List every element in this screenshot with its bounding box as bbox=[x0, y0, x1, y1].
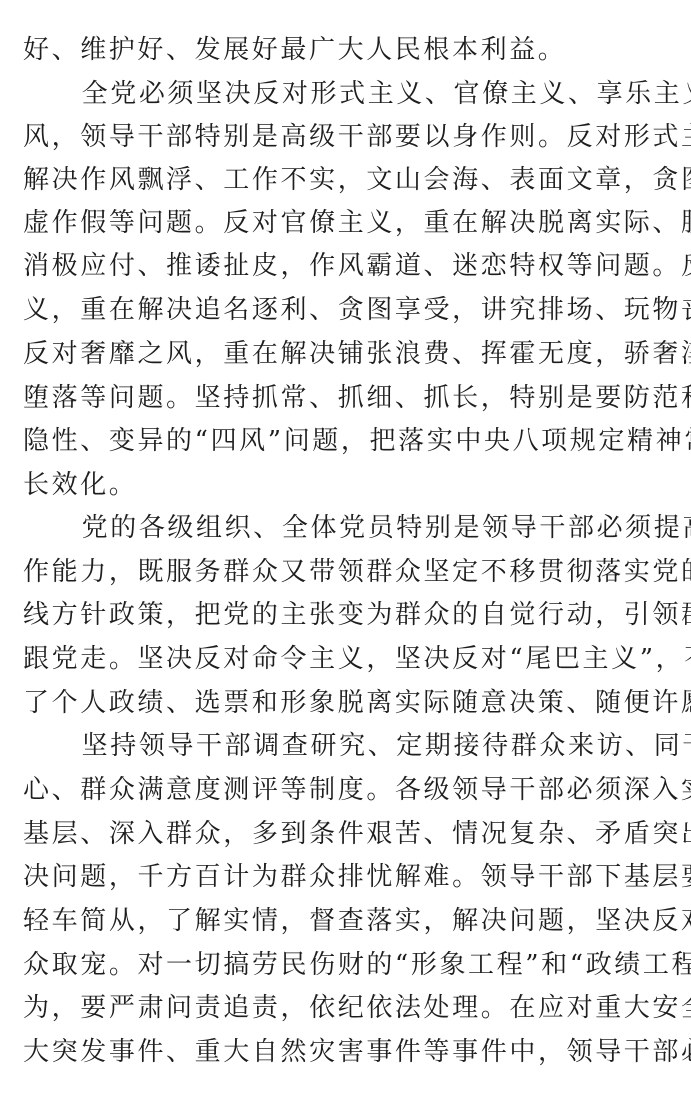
paragraph-first-line: 坚持领导干部调查研究、定期接待群众来访、同干部群众谈 bbox=[82, 730, 668, 762]
text-line: 虚作假等问题。反对官僚主义，重在解决脱离实际、脱离群众， bbox=[23, 207, 668, 239]
text-line: 为，要严肃问责追责，依纪依法处理。在应对重大安全事件、重 bbox=[23, 992, 668, 1024]
text-line: 解决作风飘浮、工作不实，文山会海、表面文章，贪图虚名、弄 bbox=[23, 164, 668, 196]
text-line: 好、维护好、发展好最广大人民根本利益。 bbox=[23, 34, 668, 66]
text-line: 线方针政策，把党的主张变为群众的自觉行动，引领群众听党话、 bbox=[23, 599, 668, 631]
document-page: 好、维护好、发展好最广大人民根本利益。全党必须坚决反对形式主义、官僚主义、享乐主… bbox=[0, 0, 691, 1096]
text-line: 长效化。 bbox=[23, 469, 668, 501]
text-line: 众取宠。对一切搞劳民伤财的“形象工程”和“政绩工程”的行 bbox=[23, 949, 668, 981]
text-line: 轻车简从，了解实情，督查落实，解决问题，坚决反对作秀、哗 bbox=[23, 905, 668, 937]
text-line: 反对奢靡之风，重在解决铺张浪费、挥霍无度，骄奢淫逸、腐化 bbox=[23, 338, 668, 370]
text-line: 决问题，千方百计为群众排忧解难。领导干部下基层要接地气， bbox=[23, 861, 668, 893]
text-line: 风，领导干部特别是高级干部要以身作则。反对形式主义，重在 bbox=[23, 121, 668, 153]
text-line: 堕落等问题。坚持抓常、抓细、抓长，特别是要防范和查处各种 bbox=[23, 382, 668, 414]
paragraph-first-line: 全党必须坚决反对形式主义、官僚主义、享乐主义和奢靡之 bbox=[82, 78, 668, 110]
text-line: 隐性、变异的“四风”问题，把落实中央八项规定精神常态化、 bbox=[23, 425, 668, 457]
text-line: 基层、深入群众，多到条件艰苦、情况复杂、矛盾突出的地方解 bbox=[23, 818, 668, 850]
text-line: 心、群众满意度测评等制度。各级领导干部必须深入实际、深入 bbox=[23, 774, 668, 806]
text-line: 跟党走。坚决反对命令主义，坚决反对“尾巴主义”，不允许为 bbox=[23, 643, 668, 675]
text-line: 消极应付、推诿扯皮，作风霸道、迷恋特权等问题。反对享乐主 bbox=[23, 250, 668, 282]
text-line: 大突发事件、重大自然灾害事件等事件中，领导干部必须深入一 bbox=[23, 1036, 668, 1068]
text-line: 作能力，既服务群众又带领群众坚定不移贯彻落实党的理论和路 bbox=[23, 556, 668, 588]
text-line: 了个人政绩、选票和形象脱离实际随意决策、随便许愿。 bbox=[23, 687, 668, 719]
text-line: 义，重在解决追名逐利、贪图享受，讲究排场、玩物丧志等问题。 bbox=[23, 294, 668, 326]
paragraph-first-line: 党的各级组织、全体党员特别是领导干部必须提高做群众工 bbox=[82, 512, 668, 544]
